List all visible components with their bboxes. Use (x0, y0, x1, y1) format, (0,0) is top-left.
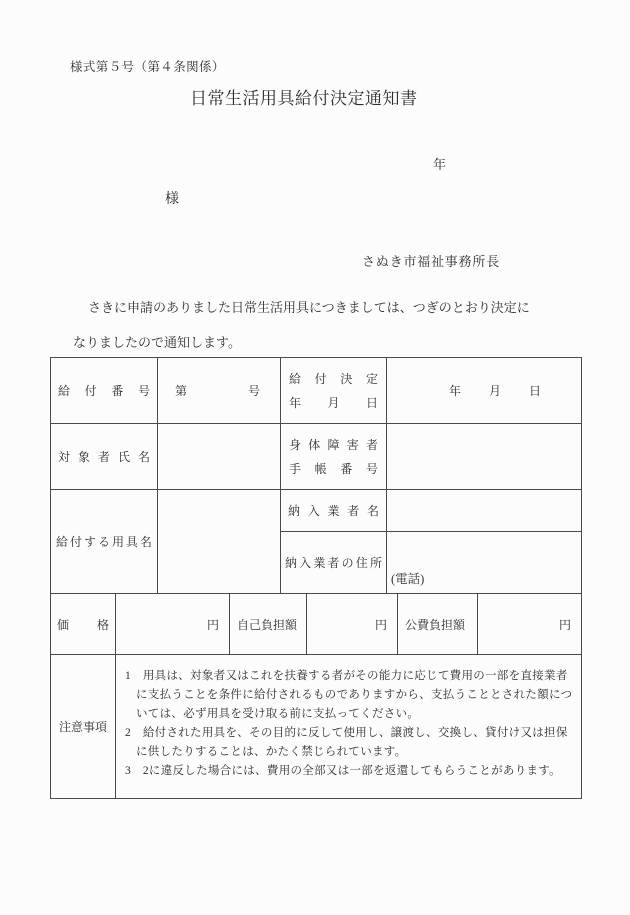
public-pay-label-cell: 公費負担額 (398, 594, 478, 655)
phone-label: (電話) (391, 569, 424, 587)
notes-label-cell: 注意事項 (51, 655, 116, 798)
equipment-label: 給付する用具名 (51, 533, 157, 550)
form-number: 様式第５号（第４条関係） (70, 57, 225, 75)
decision-date-label-line1: 給付決定 (281, 370, 386, 387)
price-value-cell: 円 (116, 594, 230, 655)
addressee-suffix: 様 (165, 188, 179, 208)
body-line-2: なりましたので通知します。 (73, 325, 538, 360)
price-label-cell: 価格 (51, 594, 116, 655)
decision-date-label-line2: 年 月 日 (281, 394, 386, 411)
note-item-2: 2 給付された用具を、その目的に反して使用し、譲渡し、交換し、貸付け又は担保に供… (125, 724, 573, 762)
supplier-address-label: 納入業者の住所 (281, 554, 386, 571)
supplier-address-label-cell: 納入業者の住所 (281, 532, 387, 594)
supplier-name-label-cell: 納入業者名 (281, 490, 387, 532)
decision-date-value-cell: 年 月 日 (387, 358, 581, 424)
recipient-label-cell: 対象者氏名 (51, 424, 158, 490)
note-item-1: 1 用具は、対象者又はこれを扶養する者がその能力に応じて費用の一部を直接業者に支… (125, 667, 573, 724)
disability-cert-label-line2: 手帳番号 (281, 460, 386, 477)
self-pay-label-cell: 自己負担額 (230, 594, 307, 655)
body-paragraph: さきに申請のありました日常生活用具につきましては、つぎのとおり決定に なりました… (73, 290, 538, 360)
equipment-label-cell: 給付する用具名 (51, 490, 158, 594)
price-unit: 円 (207, 616, 219, 633)
grant-number-label: 給付番号 (51, 382, 157, 399)
self-pay-label: 自己負担額 (237, 616, 297, 633)
note-item-3: 3 2に違反した場合には、費用の全部又は一部を返還してもらうことがあります。 (125, 762, 573, 781)
public-pay-label: 公費負担額 (405, 616, 465, 633)
disability-cert-label-line1: 身体障害者 (281, 436, 386, 453)
recipient-label: 対象者氏名 (51, 448, 157, 465)
disability-cert-value-cell (387, 424, 581, 490)
public-pay-value-cell: 円 (478, 594, 581, 655)
notes-label: 注意事項 (59, 718, 107, 735)
supplier-name-label: 納入業者名 (281, 502, 386, 519)
grant-number-label-cell: 給付番号 (51, 358, 158, 424)
document-page: 様式第５号（第４条関係） 日常生活用具給付決定通知書 年 月 日 様 さぬき市福… (0, 0, 630, 915)
issuer-name: さぬき市福祉事務所長 (362, 251, 500, 270)
issue-date-line: 年 月 日 (433, 154, 630, 173)
supplier-name-value-cell (387, 490, 581, 532)
grant-number-value: 第 号 (158, 382, 280, 399)
public-pay-unit: 円 (559, 616, 571, 633)
grant-decision-table: 給付番号 第 号 給付決定 年 月 日 年 月 日 対象者氏名 身体障害者 手帳… (50, 357, 582, 799)
decision-date-value: 年 月 日 (387, 382, 581, 399)
self-pay-value-cell: 円 (307, 594, 398, 655)
body-line-1: さきに申請のありました日常生活用具につきましては、つぎのとおり決定に (73, 290, 538, 325)
disability-cert-label-cell: 身体障害者 手帳番号 (281, 424, 387, 490)
page-title: 日常生活用具給付決定通知書 (190, 84, 418, 109)
grant-number-value-cell: 第 号 (158, 358, 281, 424)
self-pay-unit: 円 (375, 616, 387, 633)
supplier-address-value-cell: (電話) (387, 532, 581, 594)
recipient-value-cell (158, 424, 281, 490)
price-label: 価格 (51, 616, 115, 633)
decision-date-label-cell: 給付決定 年 月 日 (281, 358, 387, 424)
notes-content-cell: 1 用具は、対象者又はこれを扶養する者がその能力に応じて費用の一部を直接業者に支… (116, 655, 581, 798)
equipment-value-cell (158, 490, 281, 594)
